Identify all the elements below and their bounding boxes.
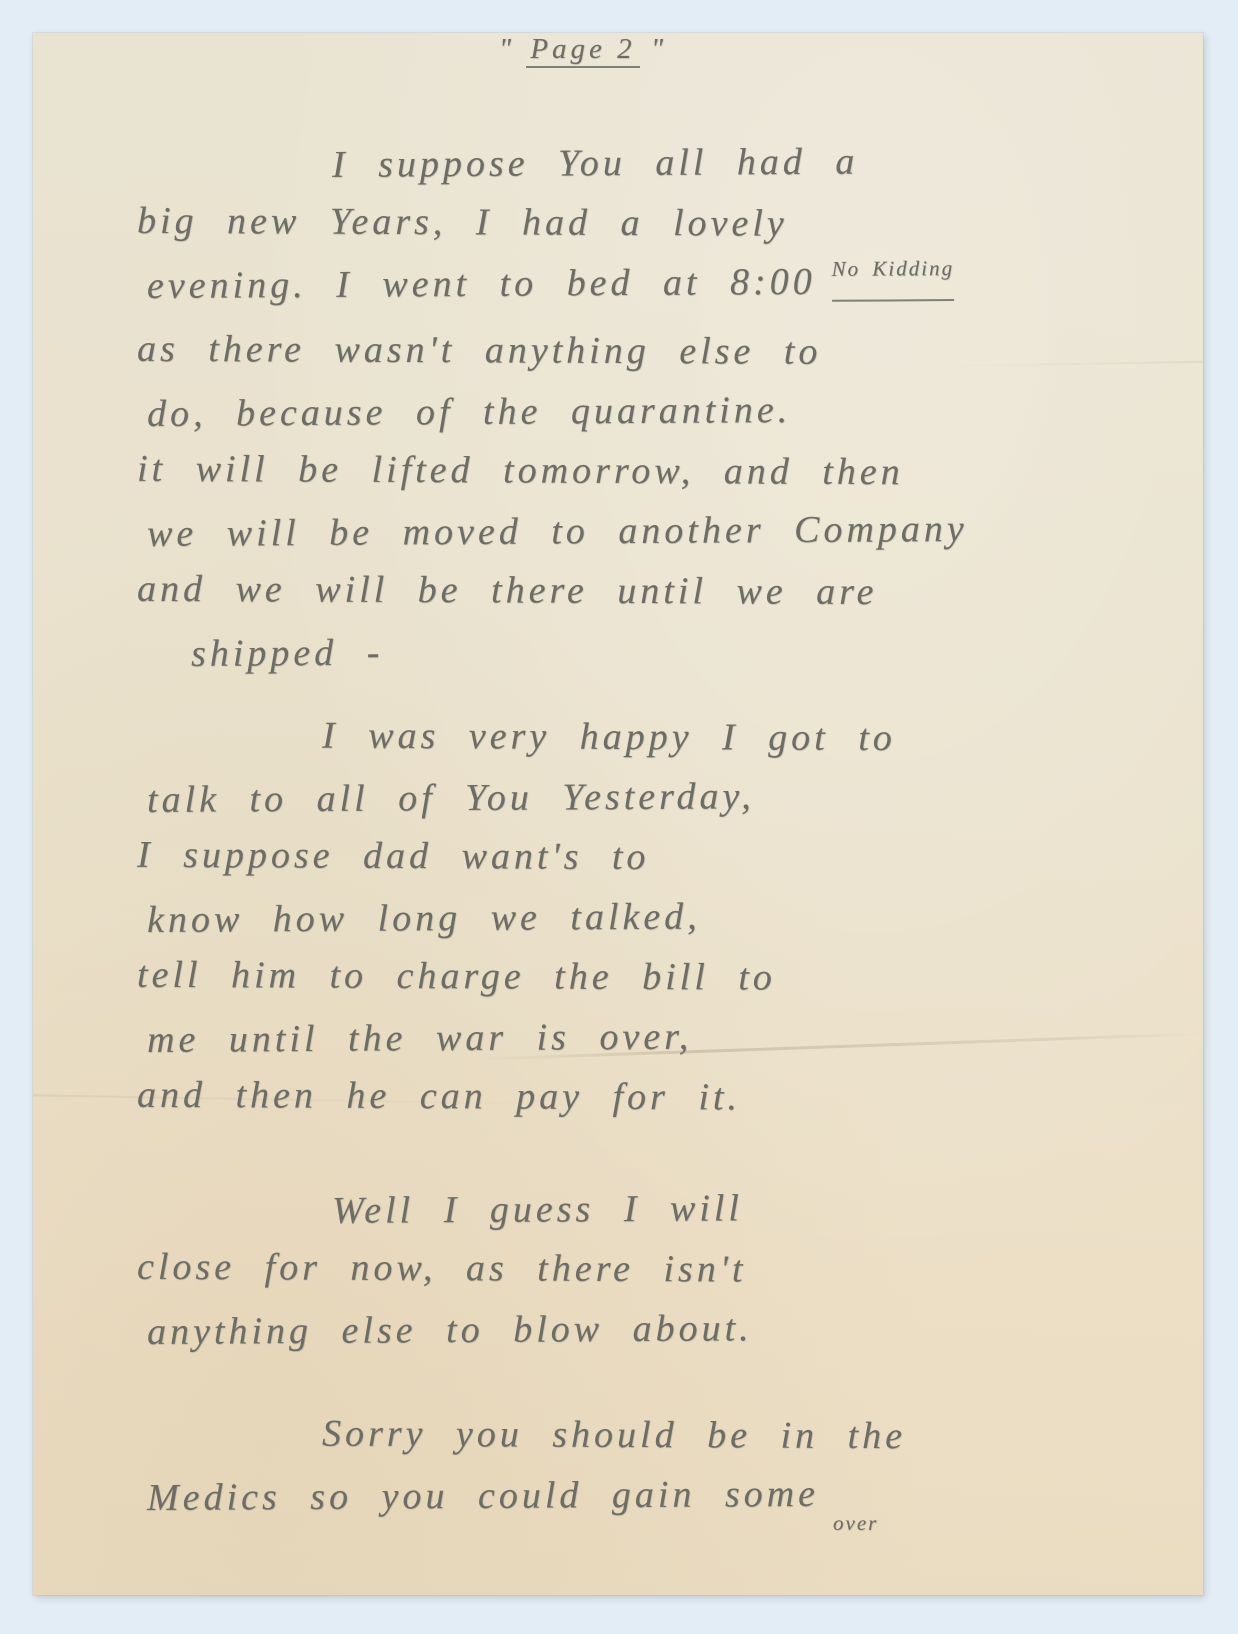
letter-line: I suppose dad want's to: [137, 825, 1125, 889]
letter-line: tell him to charge the bill to: [137, 945, 1125, 1009]
letter-body: I suppose You all had a big new Years, I…: [133, 133, 1125, 1555]
close-quote: ": [651, 33, 667, 65]
letter-line-text: evening. I went to bed at 8:00: [147, 261, 816, 307]
letter-line: me until the war is over,: [147, 1004, 1125, 1070]
letter-line: anything else to blow about.: [147, 1296, 1125, 1362]
letter-line: as there wasn't anything else to: [137, 319, 1125, 383]
letter-line: know how long we talked,: [147, 884, 1125, 950]
open-quote: ": [499, 33, 515, 65]
no-kidding-annotation: No Kidding: [831, 238, 954, 302]
letter-line: and then he can pay for it.: [137, 1065, 1125, 1129]
scanned-letter-page: " Page 2 " I suppose You all had a big n…: [0, 0, 1238, 1634]
letter-line: evening. I went to bed at 8:00No Kidding: [147, 250, 1125, 324]
letter-line: do, because of the quarantine.: [147, 378, 1125, 444]
letter-line: I was very happy I got to: [137, 705, 1125, 769]
page-number-label: " Page 2 ": [0, 33, 1168, 66]
letter-line: Medics so you could gain some: [147, 1462, 1125, 1528]
page-number-text: Page 2: [526, 33, 639, 68]
letter-line: and we will be there until we are: [137, 559, 1125, 623]
letter-line: Well I guess I will: [147, 1176, 1125, 1242]
letter-line: talk to all of You Yesterday,: [147, 764, 1125, 830]
letter-line: we will be moved to another Company: [147, 498, 1125, 564]
letter-line: shipped -: [191, 618, 1125, 684]
letter-line: I suppose You all had a: [147, 130, 1125, 196]
paper-sheet: " Page 2 " I suppose You all had a big n…: [33, 33, 1203, 1595]
letter-line: close for now, as there isn't: [137, 1237, 1125, 1301]
letter-line: it will be lifted tomorrow, and then: [137, 439, 1125, 503]
letter-line: big new Years, I had a lovely: [137, 191, 1125, 255]
letter-line: Sorry you should be in the: [137, 1403, 1125, 1467]
